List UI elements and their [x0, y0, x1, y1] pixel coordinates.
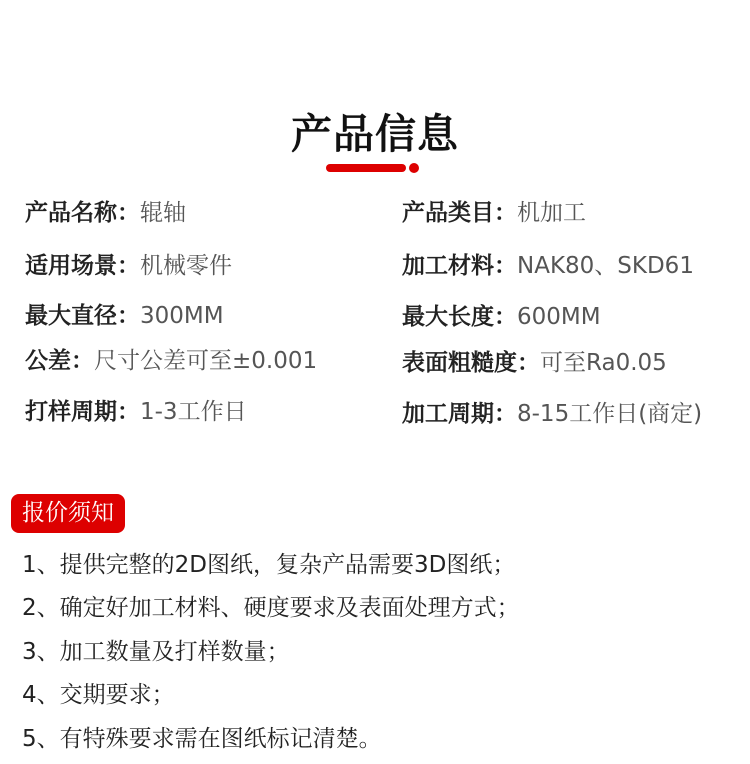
spec-sample-cycle: 打样周期：1-3工作日 — [25, 397, 247, 427]
notice-item: 4、交期要求； — [22, 680, 175, 710]
title-underline-dot — [409, 163, 419, 173]
spec-value: 可至Ra0.05 — [540, 350, 667, 376]
title-underline-bar — [326, 164, 406, 172]
spec-max-diameter: 最大直径：300MM — [25, 301, 224, 331]
spec-value: 8-15工作日(商定) — [517, 401, 702, 427]
spec-value: 辊轴 — [140, 200, 186, 226]
spec-label: 公差： — [25, 348, 94, 374]
spec-label: 产品名称： — [25, 200, 140, 226]
spec-label: 加工材料： — [402, 253, 517, 279]
spec-product-name: 产品名称：辊轴 — [25, 198, 186, 228]
spec-tolerance: 公差：尺寸公差可至±0.001 — [25, 346, 317, 376]
spec-processing-cycle: 加工周期：8-15工作日(商定) — [402, 399, 702, 429]
spec-value: NAK80、SKD61 — [517, 253, 694, 279]
spec-surface-roughness: 表面粗糙度：可至Ra0.05 — [402, 348, 667, 378]
spec-label: 表面粗糙度： — [402, 350, 540, 376]
spec-max-length: 最大长度：600MM — [402, 302, 601, 332]
spec-label: 最大直径： — [25, 303, 140, 329]
spec-value: 机加工 — [517, 200, 586, 226]
section-title: 产品信息 — [0, 108, 750, 160]
spec-value: 机械零件 — [140, 253, 232, 279]
spec-value: 300MM — [140, 303, 224, 329]
spec-value: 1-3工作日 — [140, 399, 247, 425]
spec-label: 产品类目： — [402, 200, 517, 226]
spec-label: 最大长度： — [402, 304, 517, 330]
spec-label: 适用场景： — [25, 253, 140, 279]
notice-item: 1、提供完整的2D图纸，复杂产品需要3D图纸； — [22, 550, 515, 580]
spec-value: 600MM — [517, 304, 601, 330]
spec-label: 打样周期： — [25, 399, 140, 425]
spec-material: 加工材料：NAK80、SKD61 — [402, 251, 694, 281]
spec-value: 尺寸公差可至±0.001 — [94, 348, 317, 374]
notice-item: 5、有特殊要求需在图纸标记清楚。 — [22, 724, 382, 754]
spec-label: 加工周期： — [402, 401, 517, 427]
notice-item: 3、加工数量及打样数量； — [22, 637, 290, 667]
notice-badge: 报价须知 — [11, 494, 125, 533]
spec-category: 产品类目：机加工 — [402, 198, 586, 228]
spec-application: 适用场景：机械零件 — [25, 251, 232, 281]
notice-item: 2、确定好加工材料、硬度要求及表面处理方式； — [22, 593, 520, 623]
